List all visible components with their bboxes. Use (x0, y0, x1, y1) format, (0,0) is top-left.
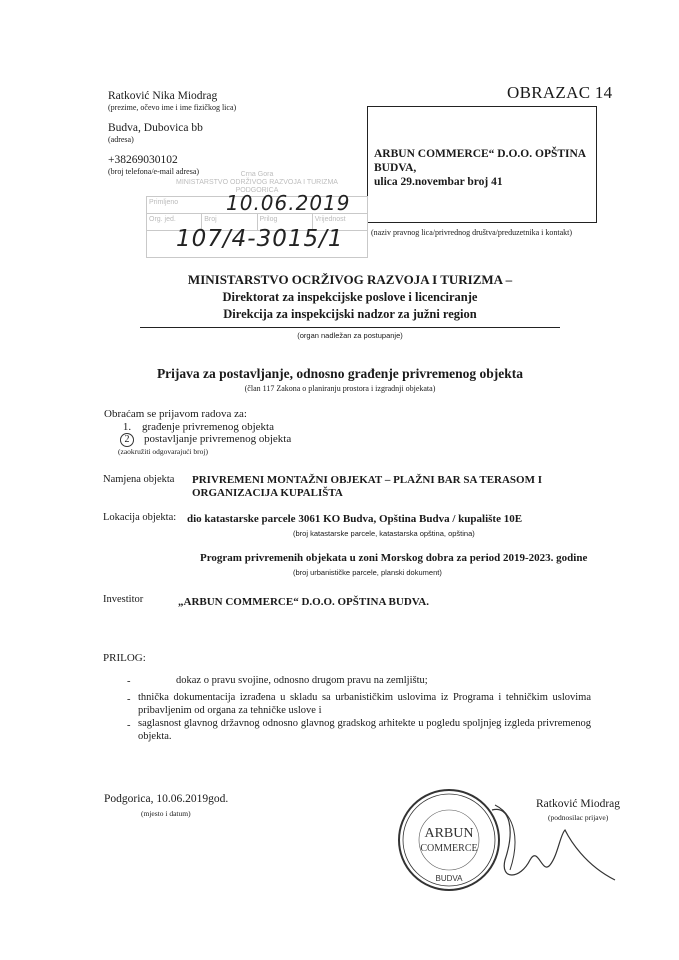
circled-option-number: 2 (120, 433, 134, 447)
option-label: građenje privremenog objekta (142, 421, 274, 433)
place-and-date: Podgorica, 10.06.2019god. (104, 793, 228, 805)
authority-division: Direkcija za inspekcijski nadzor za južn… (140, 307, 560, 322)
purpose-label: Namjena objekta (103, 474, 174, 485)
recipient-line-2: BUDVA, (374, 161, 586, 175)
attachment-item: saglasnost glavnog državnog odnosno glav… (138, 717, 591, 743)
investor-label: Investitor (103, 594, 143, 605)
applicant-address-caption: (adresa) (108, 135, 236, 144)
purpose-value: PRIVREMENI MONTAŽNI OBJEKAT – PLAŽNI BAR… (192, 474, 572, 500)
applicant-name-caption: (prezime, očevo ime i ime fizičkog lica) (108, 103, 236, 112)
location-label: Lokacija objekta: (103, 512, 176, 523)
application-caption: (zaokružiti odgovarajući broj) (118, 447, 208, 456)
applicant-phone: +38269030102 (108, 154, 236, 166)
authority-directorate: Direktorat za inspekcijske poslove i lic… (140, 290, 560, 305)
svg-text:ARBUN: ARBUN (424, 826, 473, 841)
authority-divider (140, 327, 560, 328)
attachment-item: thnička dokumentacija izrađena u skladu … (138, 691, 591, 717)
stamp-header-country: Crna Gora (146, 171, 368, 179)
svg-text:BUDVA: BUDVA (436, 874, 464, 883)
form-number: OBRAZAC 14 (507, 83, 612, 103)
bullet-dash: - (127, 676, 131, 687)
recipient-box: ARBUN COMMERCE“ D.O.O. OPŠTINA BUDVA, ul… (367, 106, 597, 223)
option-number: 1. (120, 421, 134, 433)
planning-document-caption: (broj urbanističke parcele, planski doku… (293, 568, 442, 577)
svg-text:COMMERCE: COMMERCE (420, 843, 477, 854)
authority-ministry: MINISTARSTVO OCRŽIVOG RAZVOJA I TURIZMA … (140, 272, 560, 288)
location-caption: (broj katastarske parcele, katastarska o… (293, 529, 475, 538)
handwritten-received-date: 10.06.2019 (226, 191, 351, 215)
attachments-label: PRILOG: (103, 652, 146, 664)
application-intro: Obraćam se prijavom radova za: (104, 408, 247, 420)
option-label: postavljanje privremenog objekta (144, 433, 291, 445)
recipient-caption: (naziv pravnog lica/privrednog društva/p… (371, 228, 572, 237)
recipient-line-1: ARBUN COMMERCE“ D.O.O. OPŠTINA (374, 147, 586, 161)
place-and-date-caption: (mjesto i datum) (141, 809, 191, 818)
attachment-item: dokaz o pravu svojine, odnosno drugom pr… (176, 674, 428, 687)
document-subtitle: (član 117 Zakona o planiranju prostora i… (100, 384, 580, 393)
location-value: dio katastarske parcele 3061 KO Budva, O… (187, 513, 522, 525)
recipient-line-3: ulica 29.novembar broj 41 (374, 175, 586, 189)
bullet-dash: - (127, 694, 131, 705)
handwritten-registry-number: 107/4-3015/1 (176, 226, 344, 252)
bullet-dash: - (127, 720, 131, 731)
company-seal-icon: ARBUN COMMERCE BUDVA (394, 785, 504, 895)
planning-document-value: Program privremenih objekata u zoni Mors… (200, 552, 587, 564)
applicant-address: Budva, Dubovica bb (108, 122, 236, 134)
investor-value: „ARBUN COMMERCE“ D.O.O. OPŠTINA BUDVA. (178, 596, 429, 608)
authority-caption: (organ nadležan za postupanje) (140, 331, 560, 340)
handwritten-signature-icon (490, 800, 620, 890)
applicant-name: Ratković Nika Miodrag (108, 90, 236, 102)
document-title: Prijava za postavljanje, odnosno građenj… (100, 366, 580, 382)
stamp-header-ministry: MINISTARSTVO ODRŽIVOG RAZVOJA I TURIZMA (146, 179, 368, 187)
option-construction[interactable]: 1.građenje privremenog objekta (120, 421, 274, 433)
option-placement-selected[interactable]: 2postavljanje privremenog objekta (120, 433, 291, 447)
authority-block: MINISTARSTVO OCRŽIVOG RAZVOJA I TURIZMA … (140, 272, 560, 322)
